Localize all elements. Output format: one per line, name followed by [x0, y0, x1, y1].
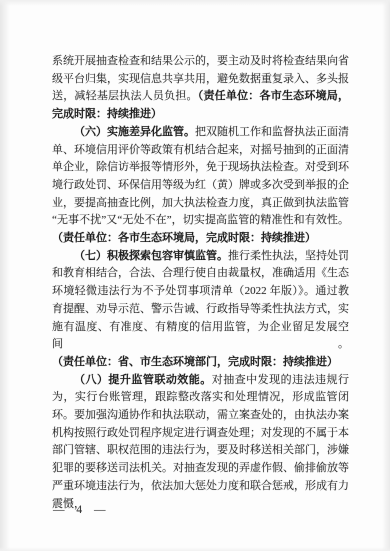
scan-edge-left — [0, 0, 10, 551]
page-footer: — 4 — — [53, 503, 107, 517]
scanned-document-page: 系统开展抽查检查和结果公示的，要主动及时将检查结果向省级平台归集，实现信息共享共… — [0, 0, 390, 551]
bold-text-run: （七）积极探索包容审慎监管。 — [74, 250, 228, 262]
document-text: 系统开展抽查检查和结果公示的，要主动及时将检查结果向省级平台归集，实现信息共享共… — [52, 53, 349, 513]
text-run: 把双随机工作和监督执法正面清单、环境信用评价等政策有机结合起来，对摇号抽到的正面… — [52, 126, 349, 227]
bold-text-run: （六）实施差异化监管。 — [74, 126, 195, 138]
para-continuation: 系统开展抽查检查和结果公示的，要主动及时将检查结果向省级平台归集，实现信息共享共… — [52, 53, 349, 124]
para-item-6: （六）实施差异化监管。把双随机工作和监督执法正面清单、环境信用评价等政策有机结合… — [52, 124, 349, 248]
page-number: — 4 — — [53, 504, 107, 516]
para-item-7: （七）积极探索包容审慎监管。推行柔性执法，坚持处罚和教育相结合，合法、合理行使自… — [52, 248, 349, 372]
scan-edge-bottom — [0, 547, 390, 551]
bold-text-run: （责任单位：省、市生态环境部门，完成时限：持续推进） — [52, 356, 338, 368]
bold-text-run: （责任单位：各市生态环境局，完成时限：持续推进） — [52, 232, 316, 244]
text-run: 推行柔性执法，坚持处罚和教育相结合，合法、合理行使自由裁量权，准确适用《生态环境… — [52, 250, 349, 351]
scan-edge-top — [0, 0, 390, 6]
scan-edge-right — [382, 0, 390, 551]
bold-text-run: （八）提升监管联动效能。 — [74, 374, 212, 386]
para-item-8: （八）提升监管联动效能。对抽查中发现的违法违规行为，实行台账管理，跟踪整改落实和… — [52, 372, 349, 514]
text-run: 对抽查中发现的违法违规行为，实行台账管理，跟踪整改落实和处理情况，形成监管闭环。… — [52, 374, 349, 510]
